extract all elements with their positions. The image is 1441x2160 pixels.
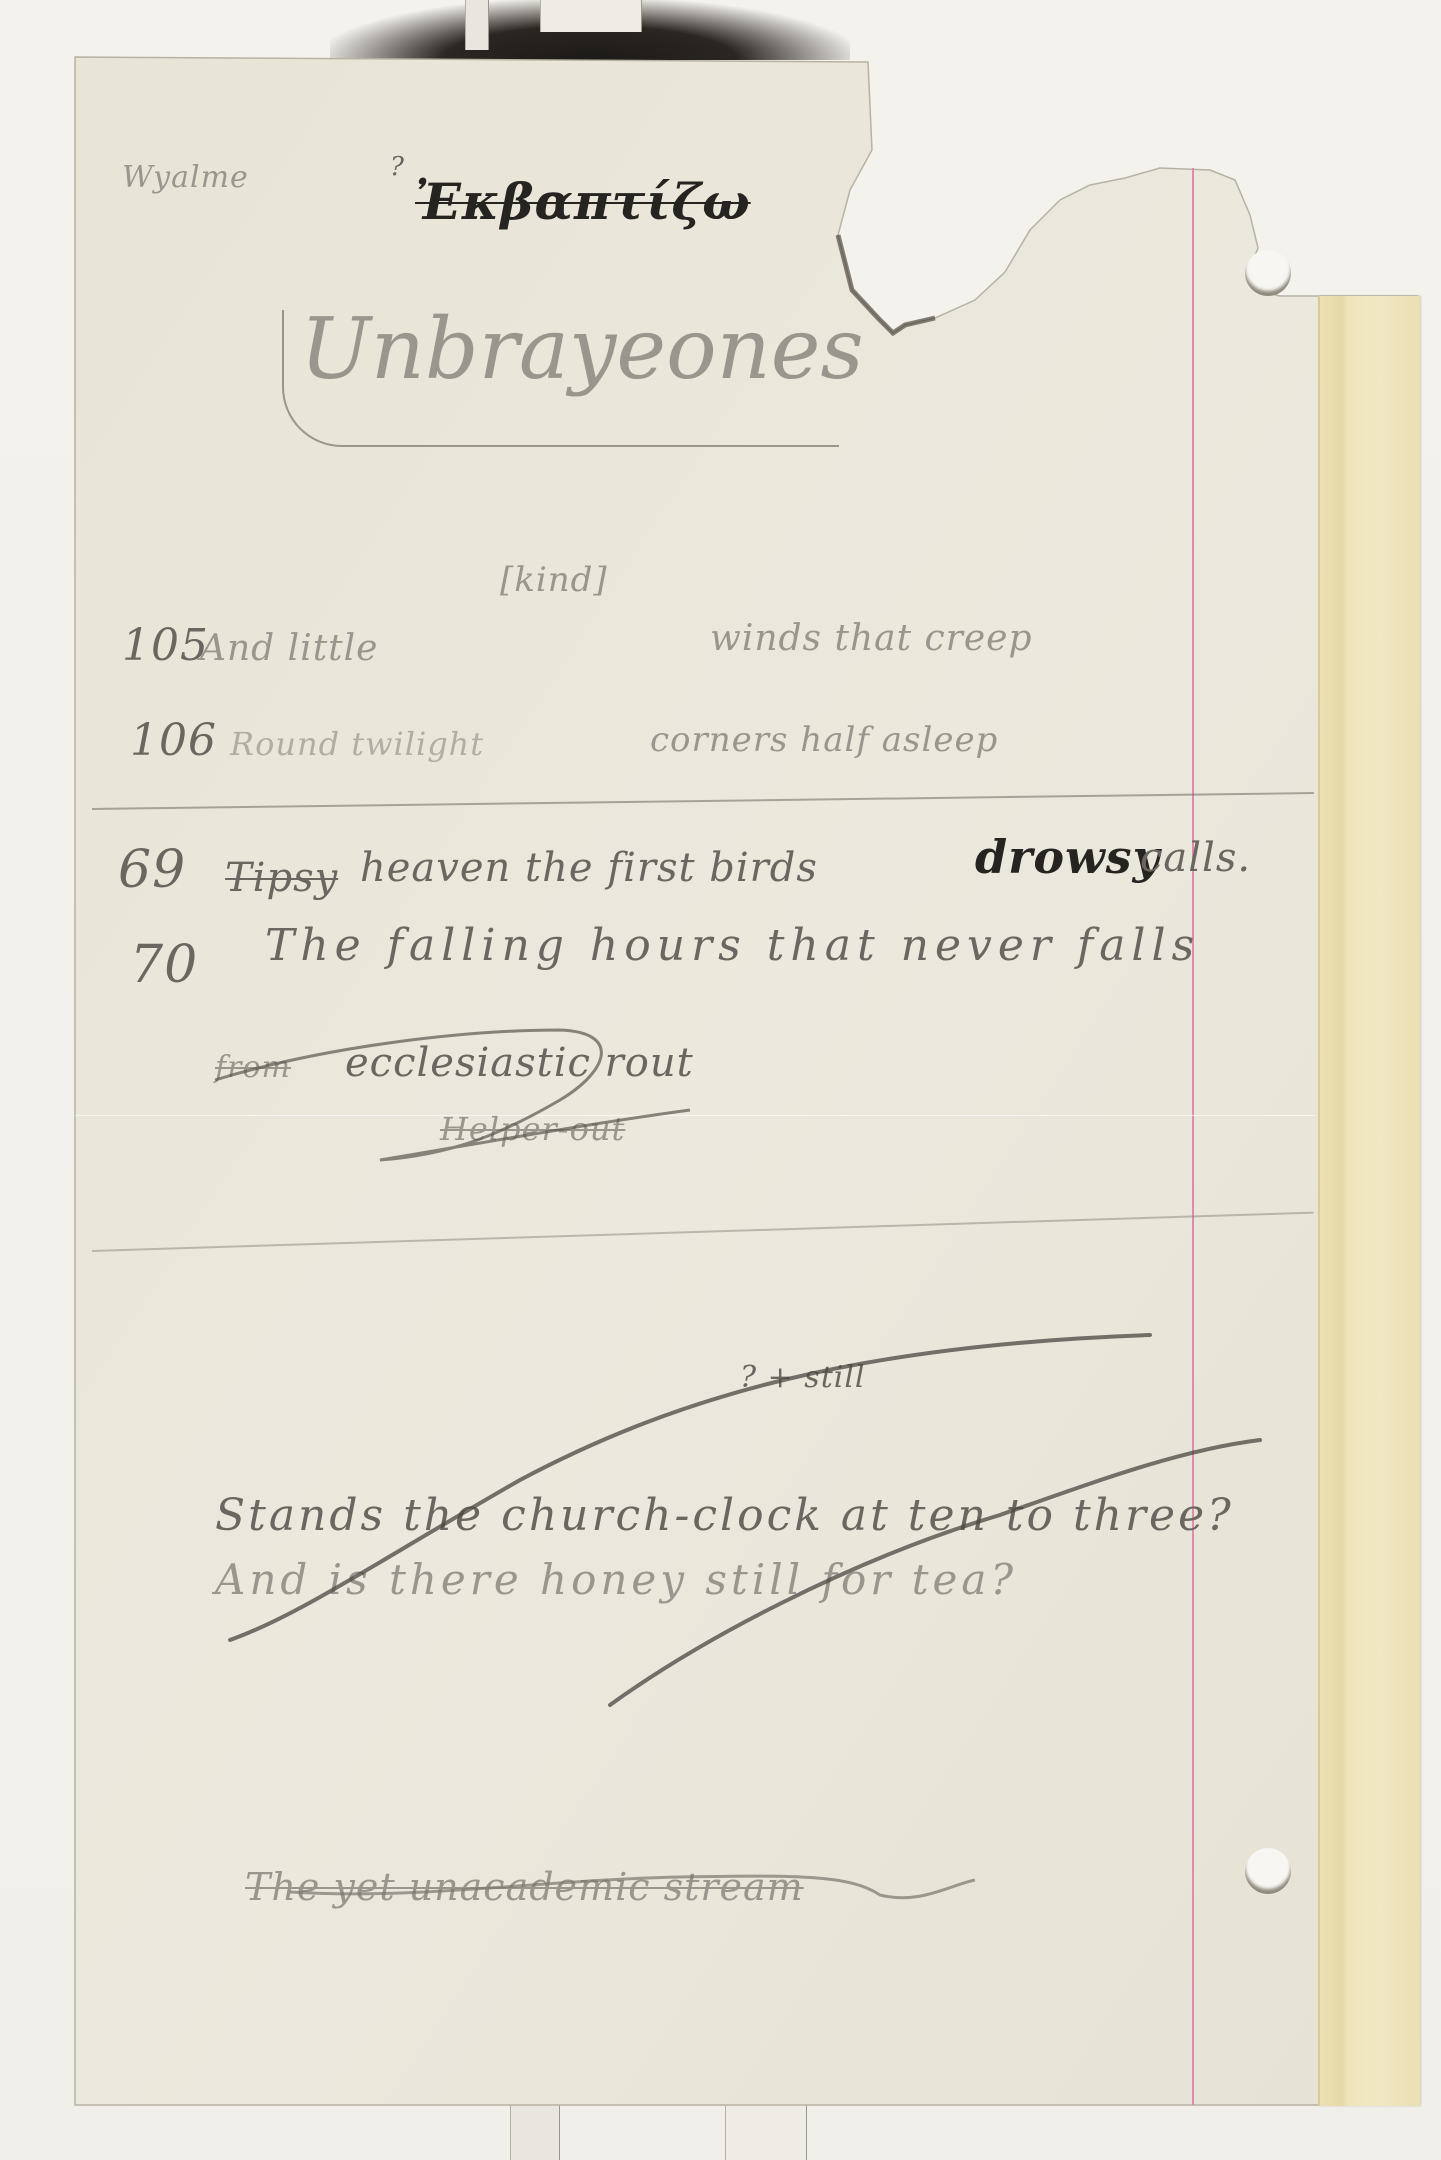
pencil-strikes bbox=[0, 0, 1441, 2160]
